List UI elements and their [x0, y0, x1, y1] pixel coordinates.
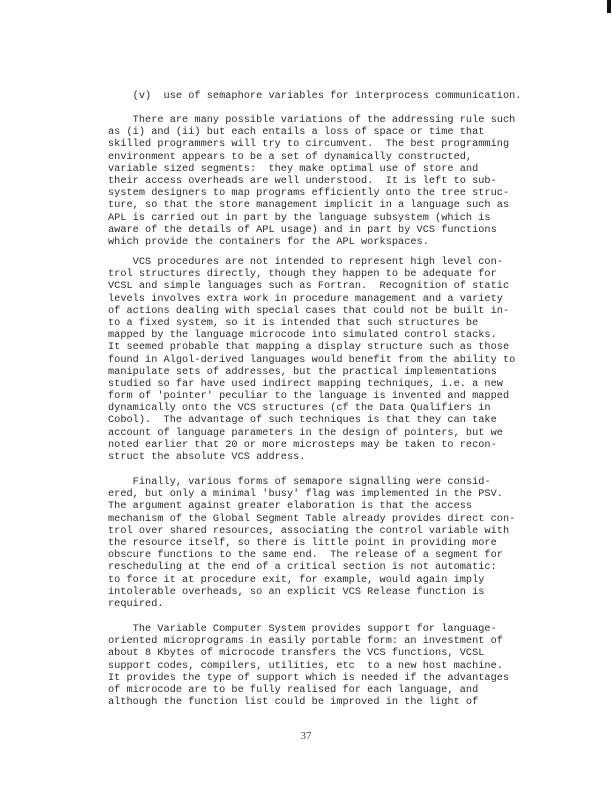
text-line: support codes, compilers, utilities, etc… [108, 660, 588, 672]
text-line: ture, so that the store management impli… [108, 199, 588, 211]
paragraph-vcs-procedures: VCS procedures are not intended to repre… [108, 256, 588, 463]
scan-edge-mark [607, 0, 611, 13]
text-line: form of 'pointer' peculiar to the langua… [108, 390, 588, 402]
text-line: which provide the containers for the APL… [108, 236, 588, 248]
text-line: trol structures directly, though they ha… [108, 268, 588, 280]
paragraph-variable-computer-system: The Variable Computer System provides su… [108, 623, 588, 708]
text-line: It provides the type of support which is… [108, 672, 588, 684]
text-line: VCS procedures are not intended to repre… [108, 256, 588, 268]
list-item-v: (v) use of semaphore variables for inter… [108, 90, 588, 102]
text-line: found in Algol-derived languages would b… [108, 354, 588, 366]
text-line: to force it at procedure exit, for examp… [108, 574, 588, 586]
text-line: oriented microprograms in easily portabl… [108, 635, 588, 647]
text-line: levels involves extra work in procedure … [108, 293, 588, 305]
text-line: of microcode are to be fully realised fo… [108, 684, 588, 696]
paragraph-addressing-rule: There are many possible variations of th… [108, 114, 588, 248]
document-page: (v) use of semaphore variables for inter… [0, 0, 612, 791]
text-line: aware of the details of APL usage) and i… [108, 224, 588, 236]
text-line: variable sized segments: they make optim… [108, 163, 588, 175]
text-line: about 8 Kbytes of microcode transfers th… [108, 647, 588, 659]
text-line: (v) use of semaphore variables for inter… [108, 90, 588, 102]
paragraph-semaphore-signalling: Finally, various forms of semapore signa… [108, 476, 588, 610]
text-line: their access overheads are well understo… [108, 175, 588, 187]
text-line: required. [108, 598, 588, 610]
text-line: studied so far have used indirect mappin… [108, 378, 588, 390]
text-line: VCSL and simple languages such as Fortra… [108, 280, 588, 292]
text-line: ered, but only a minimal 'busy' flag was… [108, 488, 588, 500]
page-number: 37 [0, 730, 612, 742]
text-line: trol over shared resources, associating … [108, 525, 588, 537]
text-line: although the function list could be impr… [108, 696, 588, 708]
text-line: Cobol). The advantage of such techniques… [108, 414, 588, 426]
text-line: The argument against greater elaboration… [108, 500, 588, 512]
text-line: mechanism of the Global Segment Table al… [108, 513, 588, 525]
text-line: account of language parameters in the de… [108, 427, 588, 439]
text-line: struct the absolute VCS address. [108, 451, 588, 463]
text-line: obscure functions to the same end. The r… [108, 549, 588, 561]
text-line: mapped by the language microcode into si… [108, 329, 588, 341]
text-line: system designers to map programs efficie… [108, 187, 588, 199]
text-line: of actions dealing with special cases th… [108, 305, 588, 317]
text-line: noted earlier that 20 or more microsteps… [108, 439, 588, 451]
text-line: There are many possible variations of th… [108, 114, 588, 126]
text-line: intolerable overheads, so an explicit VC… [108, 586, 588, 598]
text-line: environment appears to be a set of dynam… [108, 151, 588, 163]
text-line: The Variable Computer System provides su… [108, 623, 588, 635]
text-line: dynamically onto the VCS structures (cf … [108, 402, 588, 414]
text-line: rescheduling at the end of a critical se… [108, 561, 588, 573]
text-line: Finally, various forms of semapore signa… [108, 476, 588, 488]
text-line: to a fixed system, so it is intended tha… [108, 317, 588, 329]
text-line: It seemed probable that mapping a displa… [108, 341, 588, 353]
text-line: as (i) and (ii) but each entails a loss … [108, 126, 588, 138]
text-line: manipulate sets of addresses, but the pr… [108, 366, 588, 378]
text-line: skilled programmers will try to circumve… [108, 138, 588, 150]
text-line: the resource itself, so there is little … [108, 537, 588, 549]
text-line: APL is carried out in part by the langua… [108, 212, 588, 224]
